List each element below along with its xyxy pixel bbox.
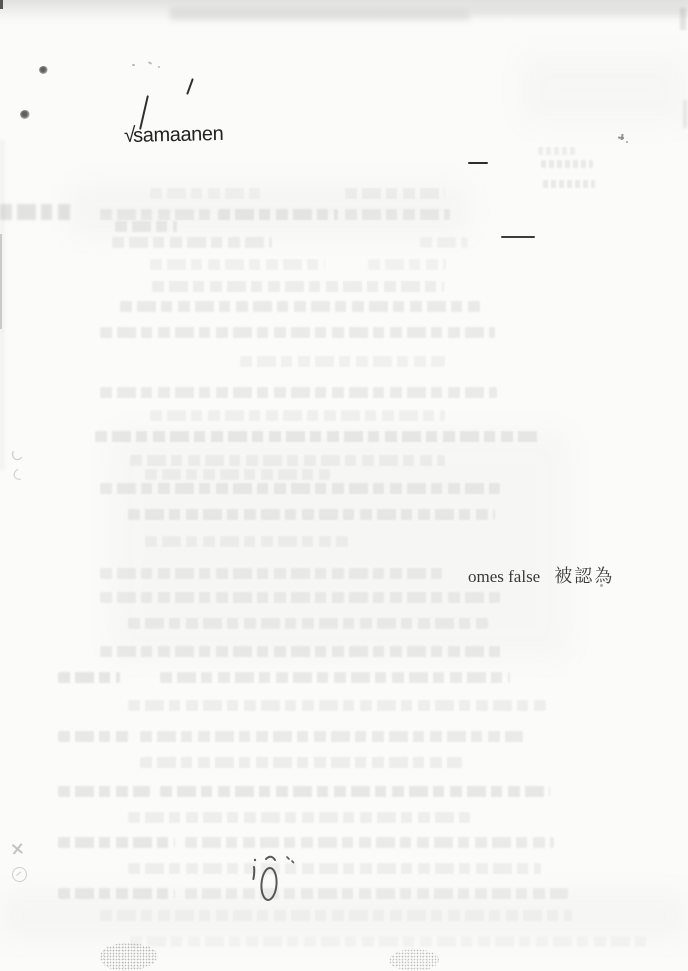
- ghost-text-line: [185, 837, 554, 848]
- ghost-text-line: [100, 910, 572, 921]
- pencil-squiggle-mark: [11, 447, 25, 461]
- pencil-circle-mark: [11, 866, 28, 883]
- handwriting-ig-drawing: [246, 850, 302, 910]
- pen-dash-mark: [468, 162, 488, 164]
- scan-shading: [520, 55, 688, 125]
- ghost-scribble: [538, 147, 575, 155]
- scanned-page: √samaanen omes false被認為: [0, 0, 688, 971]
- page-edge-mark: [0, 0, 3, 9]
- scan-streak: [470, 4, 688, 16]
- pen-dot-mark: [132, 64, 135, 66]
- ghost-text-line: [128, 863, 541, 874]
- page-edge-mark: [680, 8, 686, 30]
- ghost-text-line: [100, 209, 215, 220]
- ghost-text-line: [160, 672, 510, 683]
- pen-slash-mark: [186, 78, 194, 95]
- ghost-scribble: [541, 160, 593, 168]
- ink-blot: [20, 110, 30, 119]
- pen-dot-mark: [148, 61, 152, 65]
- handwritten-word: samaanen: [133, 123, 224, 147]
- ghost-text-line: [218, 209, 338, 220]
- pencil-x-mark: [11, 842, 24, 855]
- ghost-text-line: [100, 327, 495, 338]
- ghost-text-line: [150, 410, 445, 421]
- ghost-text-line: [100, 568, 445, 579]
- scan-streak: [170, 7, 470, 20]
- ghost-text-line: [120, 301, 480, 312]
- printed-latin-text: omes false: [468, 567, 540, 586]
- ghost-text-line: [128, 509, 495, 520]
- ghost-text-line: [58, 837, 175, 848]
- ghost-text-line: [115, 221, 177, 232]
- ghost-text-line: [100, 592, 500, 603]
- ghost-text-line: [128, 618, 488, 629]
- ghost-text-line: [58, 888, 175, 899]
- ghost-text-line: [185, 888, 568, 899]
- ghost-text-line: [58, 731, 130, 742]
- ghost-text-line: [130, 455, 445, 466]
- ghost-scribble: [543, 180, 595, 188]
- ghost-text-line: [100, 483, 500, 494]
- ghost-text-line: [240, 356, 445, 367]
- ghost-text-line: [152, 281, 444, 292]
- ghost-text-line: [100, 387, 497, 398]
- printed-cjk-text: 被認為: [554, 566, 614, 586]
- ghost-text-line: [130, 936, 650, 947]
- printed-period-mark: [600, 584, 603, 587]
- ink-blot: [39, 66, 48, 74]
- ghost-text-line: [0, 204, 75, 220]
- ghost-text-line: [58, 672, 120, 683]
- ghost-text-line: [160, 786, 550, 797]
- scan-smudge: [389, 949, 439, 971]
- ghost-text-line: [420, 237, 468, 248]
- printed-text-fragment: omes false被認為: [468, 562, 614, 588]
- ghost-text-line: [95, 431, 541, 442]
- page-edge-shadow: [0, 140, 4, 470]
- ghost-text-line: [145, 536, 348, 547]
- scan-smudge: [100, 943, 158, 971]
- ghost-text-line: [58, 786, 150, 797]
- pencil-squiggle-mark: [12, 466, 27, 482]
- ghost-text-line: [150, 188, 260, 199]
- ghost-text-line: [345, 209, 450, 220]
- ghost-text-line: [112, 237, 272, 248]
- ghost-text-line: [128, 812, 470, 823]
- ghost-text-line: [145, 469, 330, 480]
- ghost-text-line: [150, 259, 325, 270]
- ghost-text-line: [128, 700, 546, 711]
- ghost-text-line: [100, 646, 506, 657]
- ghost-text-line: [140, 731, 523, 742]
- ghost-text-line: [368, 259, 446, 270]
- pen-dot-mark: [158, 66, 160, 68]
- pencil-speck-mark: [626, 141, 628, 143]
- pen-dash-mark: [501, 236, 535, 238]
- ghost-text-line: [345, 188, 445, 199]
- handwritten-ig-annotation: [246, 850, 302, 915]
- ghost-text-line: [140, 757, 462, 768]
